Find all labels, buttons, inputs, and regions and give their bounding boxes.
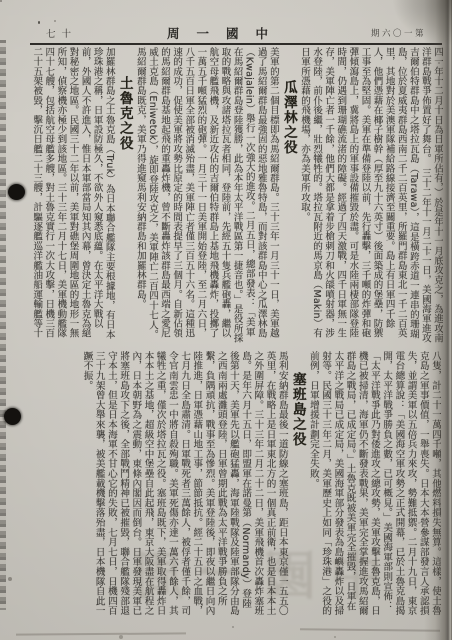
- section-title-truk: 土魯克之役: [117, 47, 132, 345]
- section-title-saipan: 塞班島之役: [290, 351, 305, 618]
- pencil-streak: [16, 632, 186, 635]
- pencil-streak: [300, 628, 440, 631]
- section-title-kwajalein: 瓜澤林之役: [281, 47, 296, 345]
- section-truk-continuation-text: 八隻，計二十一萬四千噸，其他燃料損失無算。這樣，使土魯克島之軍事價值，一舉喪失。…: [307, 351, 441, 618]
- masthead-title: 中國一周: [167, 24, 285, 42]
- film-edge-strip: [0, 40, 6, 610]
- section-saipan-text: 馬利安納群島最後一道防線之塞班島，距日本東京僅一五五〇英里，在戰略上是日軍東北方…: [80, 351, 287, 618]
- section-kwajalein-text: 美軍的第二個目標即為馬紹爾群島。三十三年一月三十一日，美軍越過了馬紹爾群島最強固…: [134, 47, 279, 345]
- scanned-magazine-page: 中國一周 十七 中國一周 第一〇六期 四一年十二月十日為日軍所佔有，）於是年十一…: [0, 0, 452, 640]
- paper-speckles: [0, 0, 2, 2]
- article-upper-band: 四一年十二月十日為日軍所佔有，）於是年十一月底攻克之，為進攻南洋群島戰爭佈置好了…: [32, 47, 443, 345]
- ink-speck: [38, 21, 40, 24]
- issue-number: 第一〇六期: [371, 27, 426, 39]
- article-lower-band: 八隻，計二十一萬四千噸，其他燃料損失無算。這樣，使土魯克島之軍事價值，一舉喪失。…: [28, 351, 441, 618]
- header-rule: [30, 43, 442, 45]
- ink-blot-upper: [8, 184, 25, 200]
- section-tarawa-continuation-text: 四一年十二月十日為日軍所佔有，）於是年十一月底攻克之，為進攻南洋群島戰爭佈置好了…: [298, 47, 443, 345]
- ink-blot-lower: [4, 408, 21, 425]
- section-truk-text: 加羅林群島之土魯克島（Truk）為日本聯合艦隊主要根據地，有日本珍珠港之稱，日軍…: [32, 47, 115, 345]
- page-corner-shadow: [392, 0, 452, 46]
- page-number: 十七: [46, 26, 77, 40]
